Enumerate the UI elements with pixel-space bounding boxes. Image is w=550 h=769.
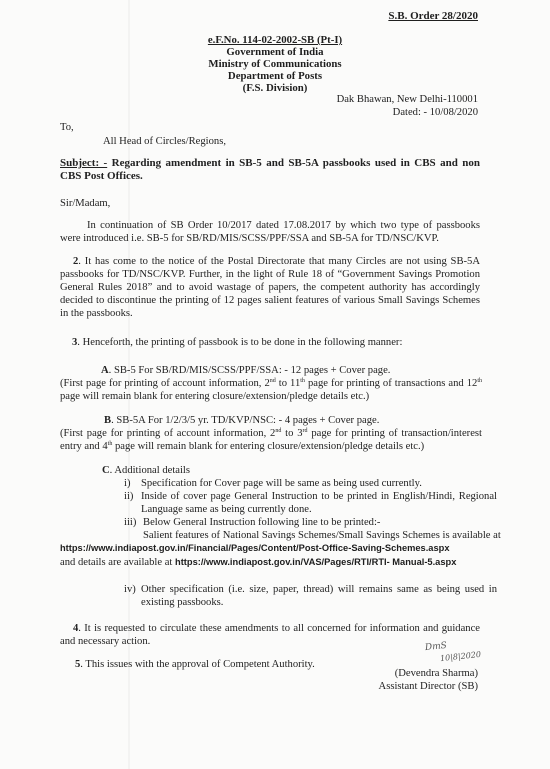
paragraph-2-text: . It has come to the notice of the Posta… [60,256,480,319]
text: page will remain blank for entering clos… [60,391,369,402]
paragraph-3: 3. Henceforth, the printing of passbook … [72,336,402,349]
item-a-letter: A [101,365,109,376]
text: to 11 [276,378,301,389]
address: Dak Bhawan, New Delhi-110001 [337,93,478,106]
item-b-text: . SB-5A For 1/2/3/5 yr. TD/KVP/NSC: - 4 … [111,415,379,426]
sub-item-text: Specification for Cover page will be sam… [141,478,422,489]
paragraph-5: 5. This issues with the approval of Comp… [75,658,315,671]
paragraph-3-text: . Henceforth, the printing of passbook i… [77,337,402,348]
text: (First page for printing of account info… [60,428,275,439]
schemes-link[interactable]: https://www.indiapost.gov.in/Financial/P… [60,543,450,553]
details-line: and details are available at https://www… [60,556,456,569]
salient-line: Salient features of National Savings Sch… [143,529,501,542]
rti-manual-link[interactable]: https://www.indiapost.gov.in/VAS/Pages/R… [175,557,456,567]
file-number: e.F.No. 114-02-2002-SB (Pt-I) [175,34,375,46]
item-a-title: A. SB-5 For SB/RD/MIS/SCSS/PPF/SSA: - 12… [101,364,390,377]
sub-item-iv: iv)Other specification (i.e. size, paper… [124,583,497,609]
text: to 3 [281,428,302,439]
subject-text: Regarding amendment in SB-5 and SB-5A pa… [60,157,480,182]
document-page: S.B. Order 28/2020 e.F.No. 114-02-2002-S… [0,0,550,769]
sub-item-number: i) [124,477,141,490]
item-a-text: . SB-5 For SB/RD/MIS/SCSS/PPF/SSA: - 12 … [109,365,391,376]
salutation: Sir/Madam, [60,197,110,210]
details-prefix: and details are available at [60,557,175,568]
to-label: To, [60,121,74,134]
order-number: S.B. Order 28/2020 [388,10,478,22]
org-line-1: Government of India [175,46,375,58]
sub-item-text: Inside of cover page General Instruction… [141,491,497,515]
item-b-detail: (First page for printing of account info… [60,427,482,453]
recipient-name: All Head of Circles/Regions, [103,135,226,148]
sub-item-i: i)Specification for Cover page will be s… [124,477,422,490]
item-c-text: . Additional details [110,465,190,476]
text: page will remain blank for entering clos… [112,441,424,452]
sub-item-number: iv) [124,583,141,596]
item-c-title: C. Additional details [102,464,190,477]
sub-item-text: Other specification (i.e. size, paper, t… [141,584,497,608]
subject: Subject: - Regarding amendment in SB-5 a… [60,157,480,183]
paragraph-5-text: . This issues with the approval of Compe… [80,659,315,670]
sub-item-ii: ii)Inside of cover page General Instruct… [124,490,497,516]
sub-item-number: iii) [124,516,143,529]
paragraph-1: In continuation of SB Order 10/2017 date… [60,219,480,245]
item-b-title: B. SB-5A For 1/2/3/5 yr. TD/KVP/NSC: - 4… [104,414,379,427]
signature-date: 10|8|2020 [440,650,482,663]
text: page for printing of transactions and 12 [305,378,477,389]
signatory-name: (Devendra Sharma) [395,667,478,680]
paragraph-4-text: . It is requested to circulate these ame… [60,623,480,647]
paragraph-4: 4. It is requested to circulate these am… [60,622,480,648]
sub-item-number: ii) [124,490,141,503]
item-a-detail: (First page for printing of account info… [60,377,482,403]
signature-scribble: DmS [425,641,448,653]
sub-item-text: Below General Instruction following line… [143,517,380,528]
item-c-letter: C [102,465,110,476]
subject-label: Subject: - [60,157,107,169]
text: (First page for printing of account info… [60,378,270,389]
paragraph-2: 2. It has come to the notice of the Post… [60,255,480,320]
sub-item-iii: iii)Below General Instruction following … [124,516,380,529]
signatory-designation: Assistant Director (SB) [379,680,478,693]
org-line-3: Department of Posts [175,70,375,82]
date: Dated: - 10/08/2020 [393,106,478,119]
org-line-2: Ministry of Communications [175,58,375,70]
superscript: th [477,378,482,384]
